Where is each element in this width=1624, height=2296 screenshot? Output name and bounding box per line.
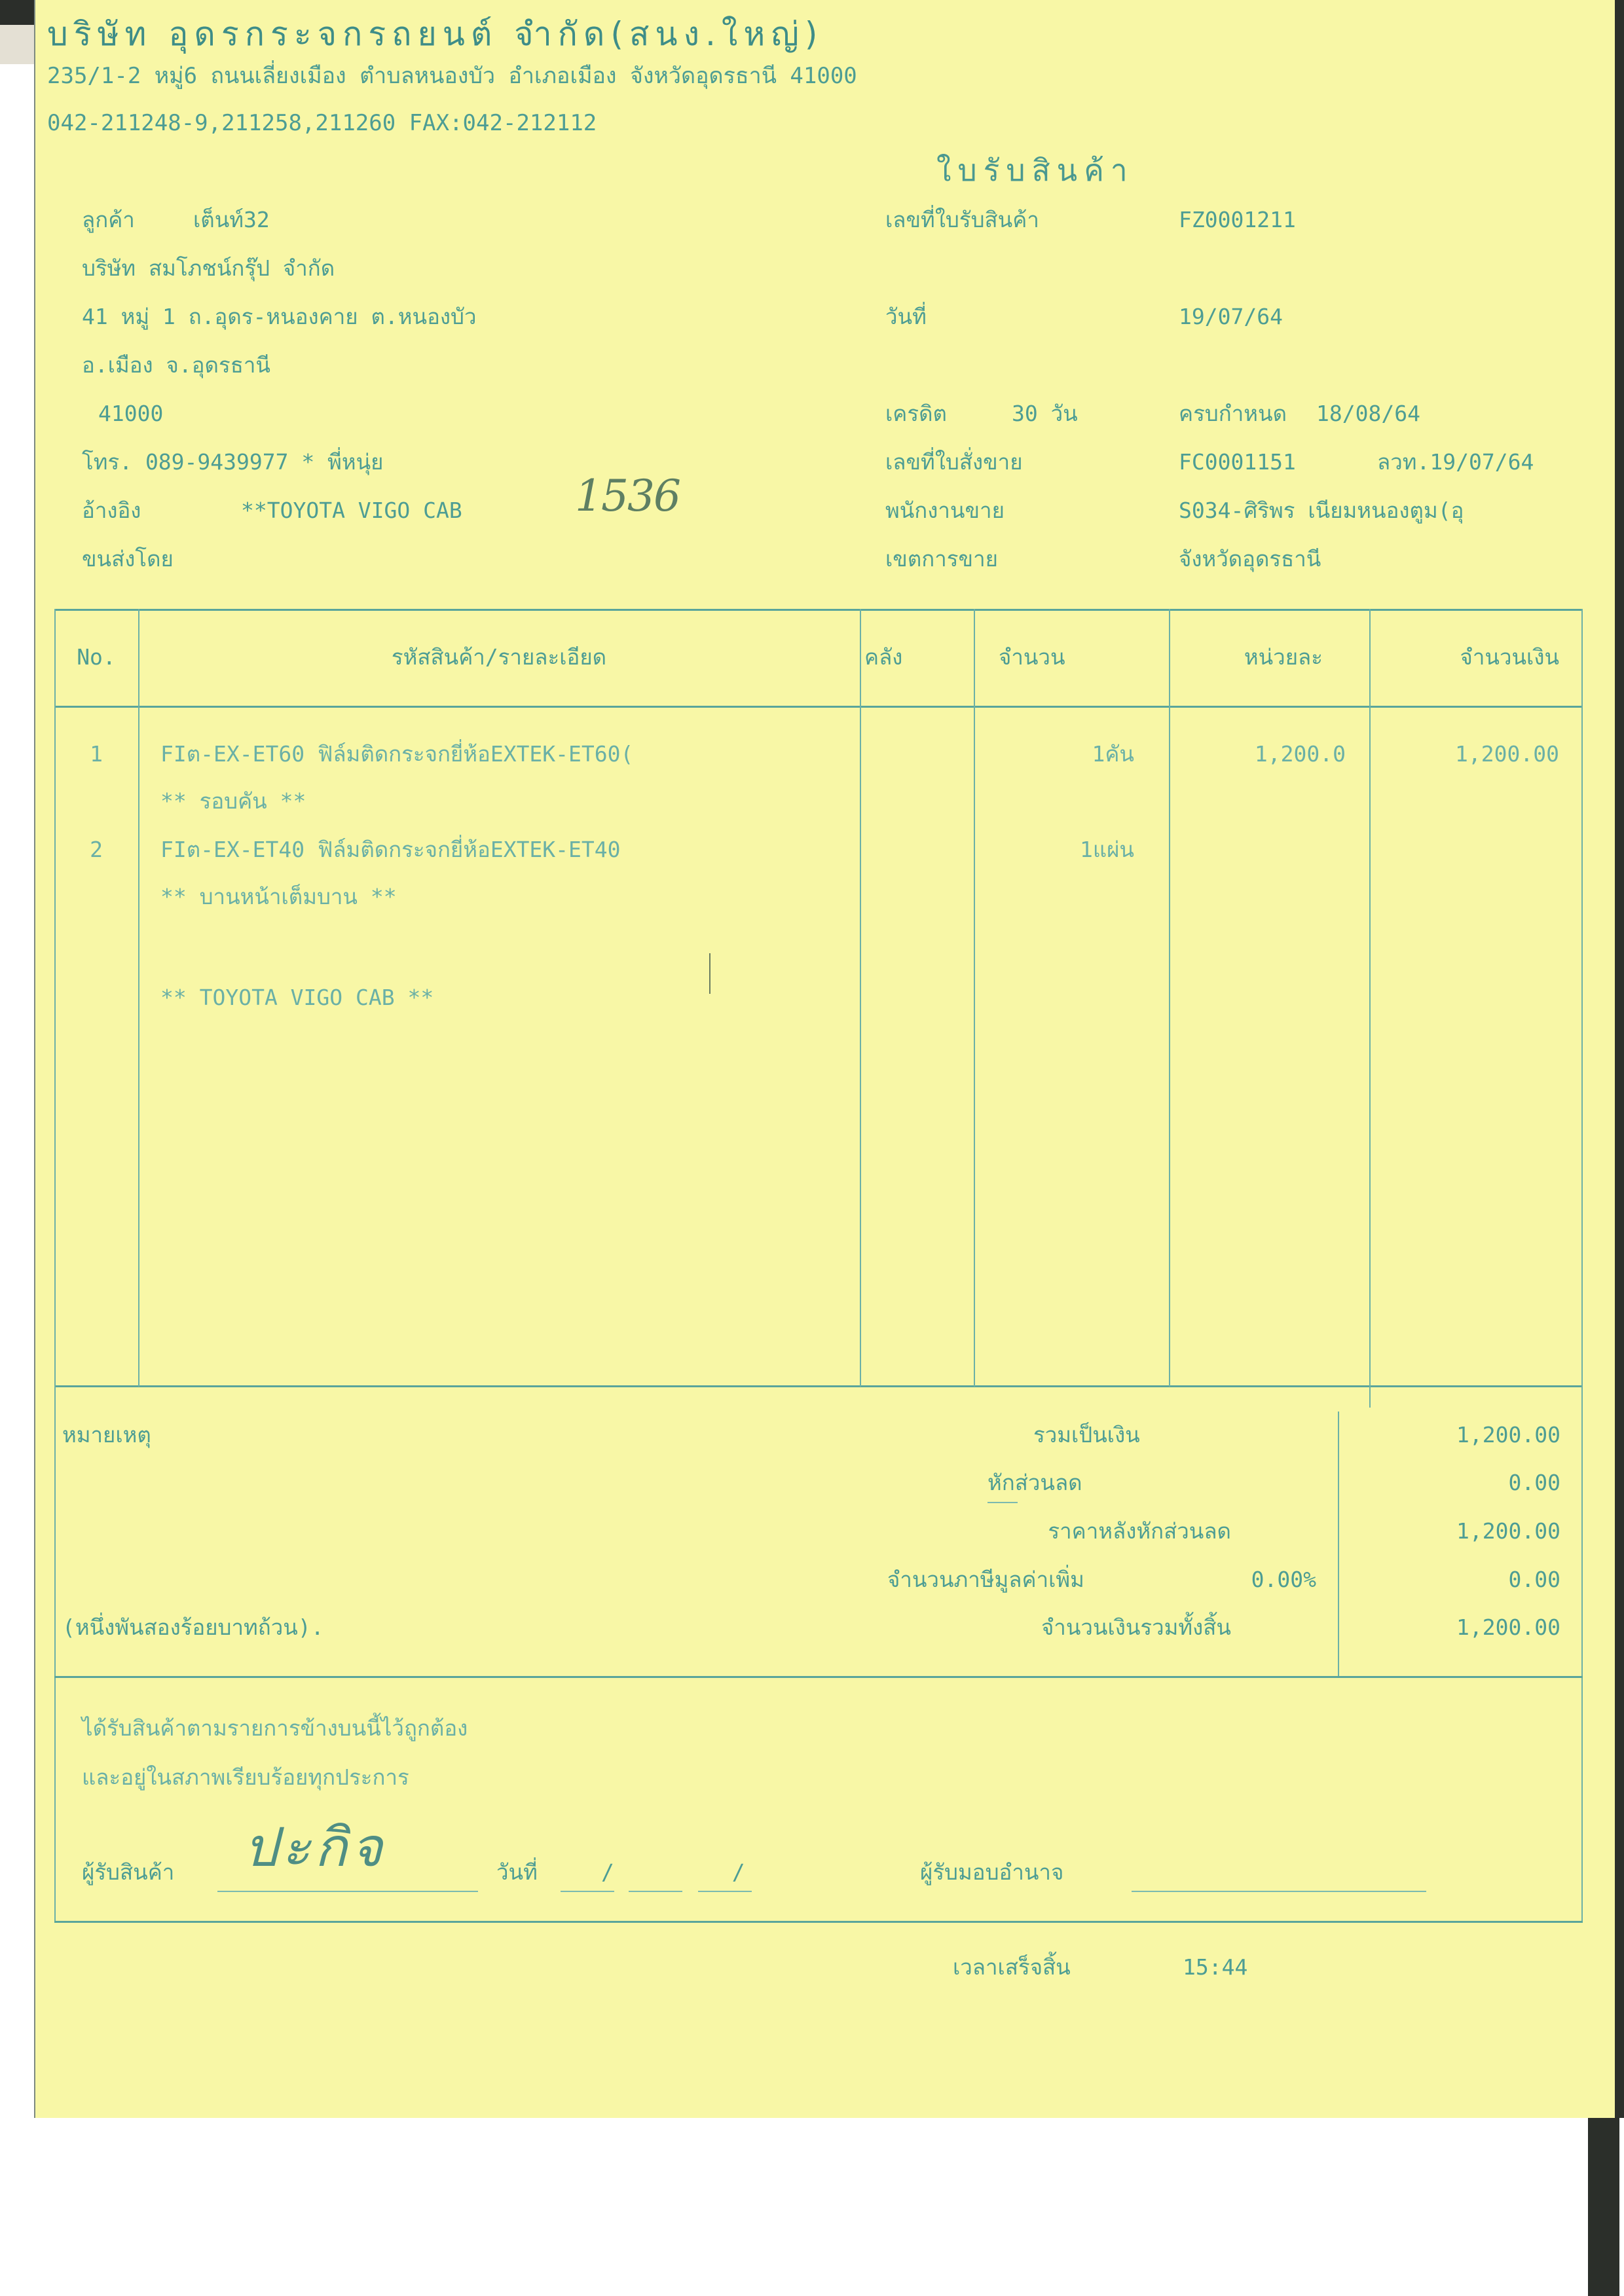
customer-code: เต็นท์32 [193, 207, 270, 233]
authorized-label: ผู้รับมอบอำนาจ [920, 1859, 1063, 1886]
customer-address-line2: อ.เมือง จ.อุดรธานี [82, 352, 270, 378]
company-phone: 042-211248-9,211258,211260 FAX:042-21211… [47, 110, 597, 136]
scan-edge-right-bottom [1588, 2118, 1619, 2296]
subtotal-value: 1,200.00 [1338, 1422, 1560, 1448]
discount-label: หักส่วนลด [987, 1470, 1082, 1496]
ack-date-slashes: / / [601, 1859, 798, 1886]
customer-name: บริษัท สมโภชน์กรุ๊ป จำกัด [82, 255, 335, 282]
header-unit-price: หน่วยละ [1169, 644, 1323, 670]
table-top-border [54, 609, 1583, 611]
row-note: ** รอบคัน ** [160, 788, 306, 814]
col-divider-no [138, 609, 139, 1387]
grand-total-label: จำนวนเงินรวมทั้งสิ้น [917, 1614, 1231, 1641]
row-description: FIต-EX-ET60 ฟิล์มติดกระจกยี่ห้อEXTEK-ET6… [160, 741, 633, 767]
company-name: บริษัท อุดรกระจกรถยนต์ จำกัด(สนง.ใหญ่) [47, 14, 823, 54]
sales-order-label: เลขที่ใบสั่งขาย [885, 449, 1023, 475]
signature-box-bottom-border [54, 1921, 1583, 1923]
subtotal-label: รวมเป็นเงิน [1033, 1422, 1140, 1448]
col-divider-unit-price [1369, 609, 1371, 1408]
authorized-signature-line[interactable] [1132, 1891, 1426, 1892]
reference-label: อ้างอิง [82, 498, 141, 524]
date-label: วันที่ [885, 304, 927, 330]
table-footer-note: ** TOYOTA VIGO CAB ** [160, 985, 434, 1011]
receiver-signature: ปะกิจ [244, 1819, 386, 1878]
amount-in-words: (หนึ่งพันสองร้อยบาทถ้วน). [62, 1614, 324, 1641]
frame-left-border [54, 609, 56, 1922]
row-description: FIต-EX-ET40 ฟิล์มติดกระจกยี่ห้อEXTEK-ET4… [160, 837, 621, 863]
discount-underline [987, 1502, 1018, 1503]
shipped-by-label: ขนส่งโดย [82, 546, 174, 572]
ack-line1: ได้รับสินค้าตามรายการข้างบนนี้ไว้ถูกต้อง [82, 1715, 468, 1741]
receiver-label: ผู้รับสินค้า [82, 1859, 174, 1886]
credit-days: 30 วัน [1012, 401, 1078, 427]
row-quantity: 1คัน [974, 741, 1134, 767]
salesperson-label: พนักงานขาย [885, 498, 1005, 524]
header-description: รหัสสินค้า/รายละเอียด [138, 644, 860, 670]
discount-value: 0.00 [1338, 1470, 1560, 1496]
scan-edge-right [1615, 0, 1624, 2118]
handwritten-number: 1536 [575, 473, 680, 520]
ack-date-label: วันที่ [496, 1859, 538, 1886]
due-date: 18/08/64 [1316, 401, 1420, 427]
receiver-signature-line[interactable] [217, 1891, 478, 1892]
ack-line2: และอยู่ในสภาพเรียบร้อยทุกประการ [82, 1764, 409, 1791]
row-note: ** บานหน้าเต็มบาน ** [160, 884, 397, 910]
receipt-no: FZ0001211 [1179, 207, 1296, 233]
scan-torn-corner [0, 25, 34, 64]
customer-address-line1: 41 หมู่ 1 ถ.อุดร-หนองคาย ต.หนองบัว [82, 304, 476, 330]
sales-area-label: เขตการขาย [885, 546, 998, 572]
after-discount-value: 1,200.00 [1338, 1518, 1560, 1544]
date-value: 19/07/64 [1179, 304, 1283, 330]
row-unit-price: 1,200.0 [1169, 741, 1346, 767]
sales-area: จังหวัดอุดรธานี [1179, 546, 1321, 572]
col-divider-description [860, 609, 861, 1387]
table-bottom-border [54, 1385, 1583, 1387]
pen-mark [709, 953, 710, 994]
customer-postcode: 41000 [98, 401, 163, 427]
header-amount: จำนวนเงิน [1369, 644, 1559, 670]
completed-time-label: เวลาเสร็จสิ้น [953, 1954, 1071, 1980]
ack-date-day-line[interactable] [561, 1891, 614, 1892]
col-divider-quantity [1169, 609, 1170, 1387]
sales-order-no: FC0001151 [1179, 449, 1296, 475]
customer-label: ลูกค้า [82, 207, 135, 233]
remarks-label: หมายเหตุ [62, 1422, 151, 1448]
row-quantity: 1แผ่น [974, 837, 1134, 863]
completed-time: 15:44 [1183, 1954, 1247, 1980]
customer-phone: โทร. 089-9439977 * พี่หนุ่ย [82, 449, 384, 475]
vat-label: จำนวนภาษีมูลค่าเพิ่ม [887, 1567, 1084, 1593]
table-header-border [54, 706, 1583, 708]
vat-value: 0.00 [1338, 1567, 1560, 1593]
salesperson: S034-ศิริพร เนียมหนองตูม(อุ [1179, 498, 1464, 524]
receipt-no-label: เลขที่ใบรับสินค้า [885, 207, 1039, 233]
document-title: ใบรับสินค้า [936, 152, 1134, 189]
header-no: No. [54, 644, 138, 670]
row-no: 1 [54, 741, 138, 767]
scan-edge-top-left [0, 0, 34, 25]
vat-rate: 0.00% [1179, 1567, 1316, 1593]
reference-value: **TOYOTA VIGO CAB [241, 498, 462, 524]
credit-label: เครดิต [885, 401, 947, 427]
ack-date-month-line[interactable] [629, 1891, 682, 1892]
due-label: ครบกำหนด [1179, 401, 1287, 427]
grand-total-value: 1,200.00 [1338, 1614, 1560, 1641]
company-address: 235/1-2 หมู่6 ถนนเลี่ยงเมือง ตำบลหนองบัว… [47, 63, 857, 89]
row-no: 2 [54, 837, 138, 863]
ack-date-year-line[interactable] [698, 1891, 752, 1892]
summary-bottom-border [54, 1676, 1583, 1678]
col-divider-warehouse [974, 609, 975, 1387]
frame-right-border [1581, 609, 1583, 1922]
row-amount: 1,200.00 [1369, 741, 1559, 767]
header-quantity: จำนวน [999, 644, 1065, 670]
header-warehouse: คลัง [864, 644, 902, 670]
sales-order-date: ลวท.19/07/64 [1377, 449, 1534, 475]
after-discount-label: ราคาหลังหักส่วนลด [917, 1518, 1231, 1544]
